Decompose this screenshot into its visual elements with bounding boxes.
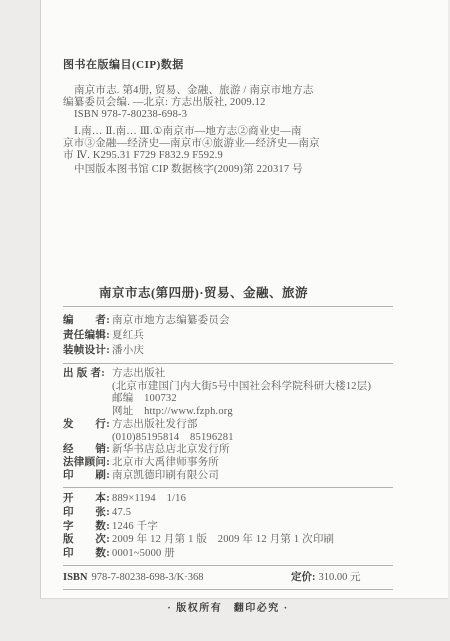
info-row-retailer: 经 销: 新华书店总店北京发行所: [63, 444, 393, 457]
row-value: 南京凯德印刷有限公司: [112, 470, 219, 483]
row-label: 开 本:: [63, 492, 112, 506]
info-row-publisher: 出 版 者: 方志出版社: [63, 368, 393, 381]
row-label: 印 张:: [63, 506, 112, 520]
divider: [63, 306, 393, 307]
info-row-editor: 编 者: 南京市地方志编纂委员会: [63, 313, 393, 328]
info-row-distributor: 发 行: 方志出版社发行部: [63, 419, 393, 432]
cip-line: 市 Ⅳ. K295.31 F729 F832.9 F592.9: [63, 150, 393, 162]
info-row-print-run: 印 数: 0001~5000 册: [63, 547, 393, 561]
info-row-responsible-editor: 责任编辑: 夏红兵: [63, 328, 393, 343]
row-value: 2009 年 12 月第 1 版 2009 年 12 月第 1 次印刷: [112, 533, 334, 547]
info-row-designer: 装帧设计: 潘小庆: [63, 343, 393, 358]
row-value: 新华书店总店北京发行所: [112, 444, 230, 457]
info-row-printer: 印 刷: 南京凯德印刷有限公司: [63, 470, 393, 483]
row-value: 网址 http://www.fzph.org: [112, 406, 233, 419]
row-label: 装帧设计:: [63, 343, 112, 358]
info-row-postcode: 邮编 100732: [63, 393, 393, 406]
isbn-price-row: ISBN 978-7-80238-698-3/K·368 定价: 310.00 …: [63, 571, 393, 584]
divider: [63, 589, 393, 590]
row-label: 责任编辑:: [63, 328, 112, 343]
row-value: 邮编 100732: [112, 393, 177, 406]
info-row-publisher-address: (北京市建国门内大街5号中国社会科学院科研大楼12层): [63, 381, 393, 394]
row-label: [63, 406, 112, 419]
book-copyright-page: 图书在版编目(CIP)数据 南京市志. 第4册, 贸易、金融、旅游 / 南京市地…: [40, 0, 448, 599]
row-label: [63, 393, 112, 406]
row-value: 1246 千字: [112, 520, 158, 534]
editors-section: 编 者: 南京市地方志编纂委员会 责任编辑: 夏红兵 装帧设计: 潘小庆: [63, 313, 393, 358]
cip-catalog-paragraph: 南京市志. 第4册, 贸易、金融、旅游 / 南京市地方志 编纂委员会编. —北京…: [63, 85, 393, 121]
row-value: (010)85195814 85196281: [112, 432, 234, 445]
divider: [63, 565, 393, 566]
row-value: 夏红兵: [112, 328, 144, 343]
cip-line: 编纂委员会编. —北京: 方志出版社, 2009.12: [63, 97, 393, 109]
row-value: 47.5: [112, 506, 131, 520]
cip-line: 南京市志. 第4册, 贸易、金融、旅游 / 南京市地方志: [63, 85, 393, 97]
isbn-value: 978-7-80238-698-3/K·368: [92, 571, 204, 584]
book-title: 南京市志(第四册)·贸易、金融、旅游: [63, 283, 393, 301]
isbn-label: ISBN: [63, 571, 88, 584]
price-label: 定价:: [291, 571, 316, 584]
divider: [63, 363, 393, 364]
row-value: 方志出版社发行部: [112, 419, 198, 432]
row-value: 北京市大禹律师事务所: [112, 457, 219, 470]
row-label: 发 行:: [63, 419, 112, 432]
info-row-website: 网址 http://www.fzph.org: [63, 406, 393, 419]
row-label: 印 刷:: [63, 470, 112, 483]
row-label: 字 数:: [63, 520, 112, 534]
row-label: 经 销:: [63, 444, 112, 457]
info-row-legal-counsel: 法律顾问: 北京市大禹律师事务所: [63, 457, 393, 470]
scan-background: 图书在版编目(CIP)数据 南京市志. 第4册, 贸易、金融、旅游 / 南京市地…: [0, 0, 450, 641]
divider: [63, 487, 393, 488]
row-label: 法律顾问:: [63, 457, 112, 470]
row-label: 印 数:: [63, 547, 112, 561]
price-group: 定价: 310.00 元: [291, 571, 361, 584]
info-row-edition: 版 次: 2009 年 12 月第 1 版 2009 年 12 月第 1 次印刷: [63, 533, 393, 547]
specs-section: 开 本: 889×1194 1/16 印 张: 47.5 字 数: 1246 千…: [63, 492, 393, 560]
info-row-phone: (010)85195814 85196281: [63, 432, 393, 445]
row-value: 889×1194 1/16: [112, 492, 186, 506]
copyright-notice: · 版权所有 翻印必究 ·: [63, 599, 393, 614]
row-value: 南京市地方志编纂委员会: [112, 313, 230, 328]
price-value: 310.00 元: [319, 571, 361, 584]
info-row-sheets: 印 张: 47.5: [63, 506, 393, 520]
row-label: [63, 432, 112, 445]
row-value: (北京市建国门内大街5号中国社会科学院科研大楼12层): [112, 381, 371, 394]
cip-classification-paragraph: Ⅰ.南… Ⅱ.南… Ⅲ.①南京市—地方志②商业史—南 京市③金融—经济史—南京市…: [63, 126, 393, 162]
isbn-group: ISBN 978-7-80238-698-3/K·368: [63, 571, 231, 584]
cip-line: ISBN 978-7-80238-698-3: [63, 109, 393, 121]
publication-section: 出 版 者: 方志出版社 (北京市建国门内大街5号中国社会科学院科研大楼12层)…: [63, 368, 393, 482]
row-value: 方志出版社: [112, 368, 166, 381]
cip-header: 图书在版编目(CIP)数据: [63, 56, 393, 72]
row-label: 版 次:: [63, 533, 112, 547]
row-label: [63, 381, 112, 394]
row-value: 0001~5000 册: [112, 547, 175, 561]
row-label: 编 者:: [63, 313, 112, 328]
row-label: 出 版 者:: [63, 368, 112, 381]
cip-line: Ⅰ.南… Ⅱ.南… Ⅲ.①南京市—地方志②商业史—南: [63, 126, 393, 138]
cip-section: 图书在版编目(CIP)数据 南京市志. 第4册, 贸易、金融、旅游 / 南京市地…: [63, 56, 393, 176]
cip-line: 京市③金融—经济史—南京市④旅游业—经济史—南京: [63, 138, 393, 150]
info-row-format: 开 本: 889×1194 1/16: [63, 492, 393, 506]
cip-record-paragraph: 中国版本图书馆 CIP 数据核字(2009)第 220317 号: [63, 164, 393, 176]
cip-record-number: 中国版本图书馆 CIP 数据核字(2009)第 220317 号: [63, 164, 393, 176]
info-row-wordcount: 字 数: 1246 千字: [63, 520, 393, 534]
row-value: 潘小庆: [112, 343, 144, 358]
page-content: 图书在版编目(CIP)数据 南京市志. 第4册, 贸易、金融、旅游 / 南京市地…: [41, 0, 448, 614]
